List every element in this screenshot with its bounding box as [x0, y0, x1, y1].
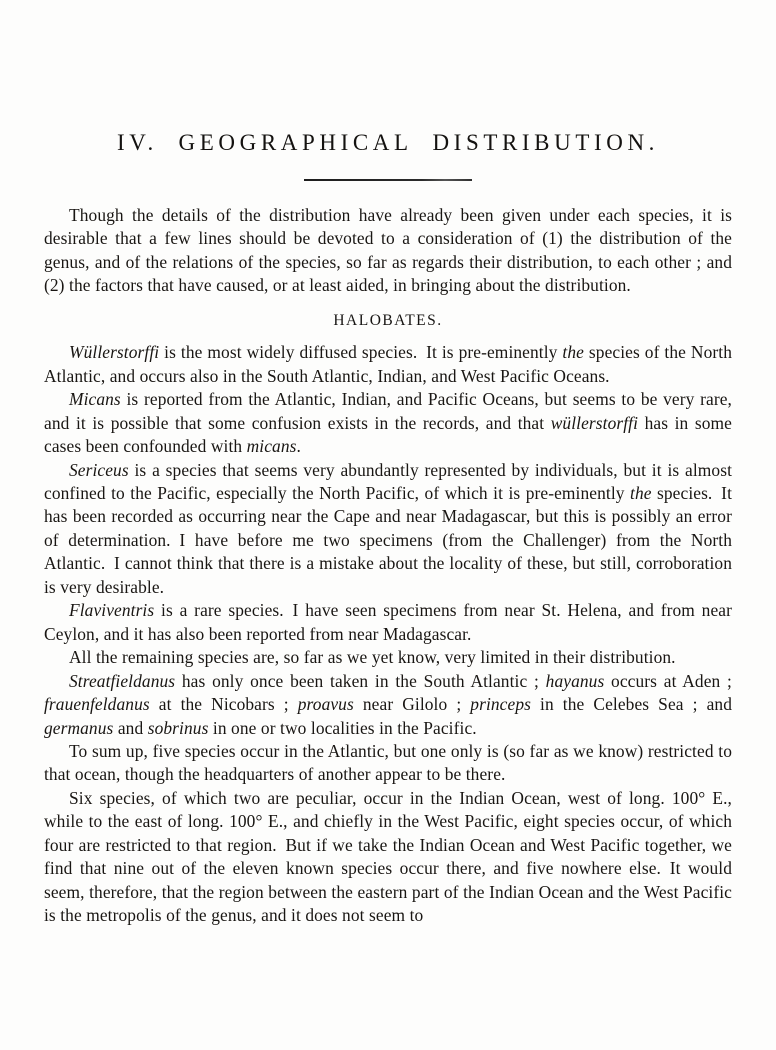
italic-text-run: Streatfieldanus	[69, 671, 175, 691]
paragraph: Flaviventris is a rare species. I have s…	[44, 599, 732, 646]
italic-text-run: frauenfeldanus	[44, 694, 150, 714]
italic-text-run: Sericeus	[69, 460, 129, 480]
paragraph: Though the details of the distribution h…	[44, 204, 732, 298]
italic-text-run: wüllerstorffi	[551, 413, 638, 433]
paragraph: Wüllerstorffi is the most widely diffuse…	[44, 341, 732, 388]
italic-text-run: sobrinus	[148, 718, 209, 738]
text-run: is a species that seems very abundantly …	[44, 460, 732, 503]
text-run: .	[297, 436, 301, 456]
paragraph: Sericeus is a species that seems very ab…	[44, 459, 732, 600]
text-run: has only once been taken in the South At…	[175, 671, 545, 691]
italic-text-run: princeps	[470, 694, 531, 714]
italic-text-run: Flaviventris	[69, 600, 154, 620]
italic-text-run: hayanus	[546, 671, 605, 691]
text-run: All the remaining species are, so far as…	[69, 647, 676, 667]
text-run: and	[113, 718, 147, 738]
italic-text-run: micans	[247, 436, 297, 456]
italic-text-run: the	[562, 342, 584, 362]
paragraph: Micans is reported from the Atlantic, In…	[44, 388, 732, 458]
text-run: occurs at Aden ;	[604, 671, 732, 691]
italic-text-run: germanus	[44, 718, 113, 738]
text-run: Six species, of which two are peculiar, …	[44, 788, 732, 925]
text-run: near Gilolo ;	[354, 694, 470, 714]
scanned-book-page: IV. GEOGRAPHICAL DISTRIBUTION. Though th…	[0, 0, 776, 1050]
italic-text-run: proavus	[298, 694, 354, 714]
document-body: Though the details of the distribution h…	[44, 204, 732, 928]
italic-text-run: Wüllerstorffi	[69, 342, 159, 362]
paragraph: To sum up, five species occur in the Atl…	[44, 740, 732, 787]
text-run: To sum up, five species occur in the Atl…	[44, 741, 732, 784]
page-title: IV. GEOGRAPHICAL DISTRIBUTION.	[0, 0, 776, 156]
text-run: in the Celebes Sea ; and	[531, 694, 732, 714]
paragraph: Streatfieldanus has only once been taken…	[44, 670, 732, 740]
text-run: in one or two localities in the Pacific.	[208, 718, 476, 738]
section-heading: HALOBATES.	[44, 309, 732, 332]
title-divider-rule	[304, 179, 472, 181]
text-run: is the most widely diffused species. It …	[159, 342, 562, 362]
italic-text-run: the	[630, 483, 652, 503]
paragraph: All the remaining species are, so far as…	[44, 646, 732, 669]
text-run: Though the details of the distribution h…	[44, 205, 732, 295]
paragraph: Six species, of which two are peculiar, …	[44, 787, 732, 928]
text-run: at the Nicobars ;	[150, 694, 298, 714]
italic-text-run: Micans	[69, 389, 121, 409]
